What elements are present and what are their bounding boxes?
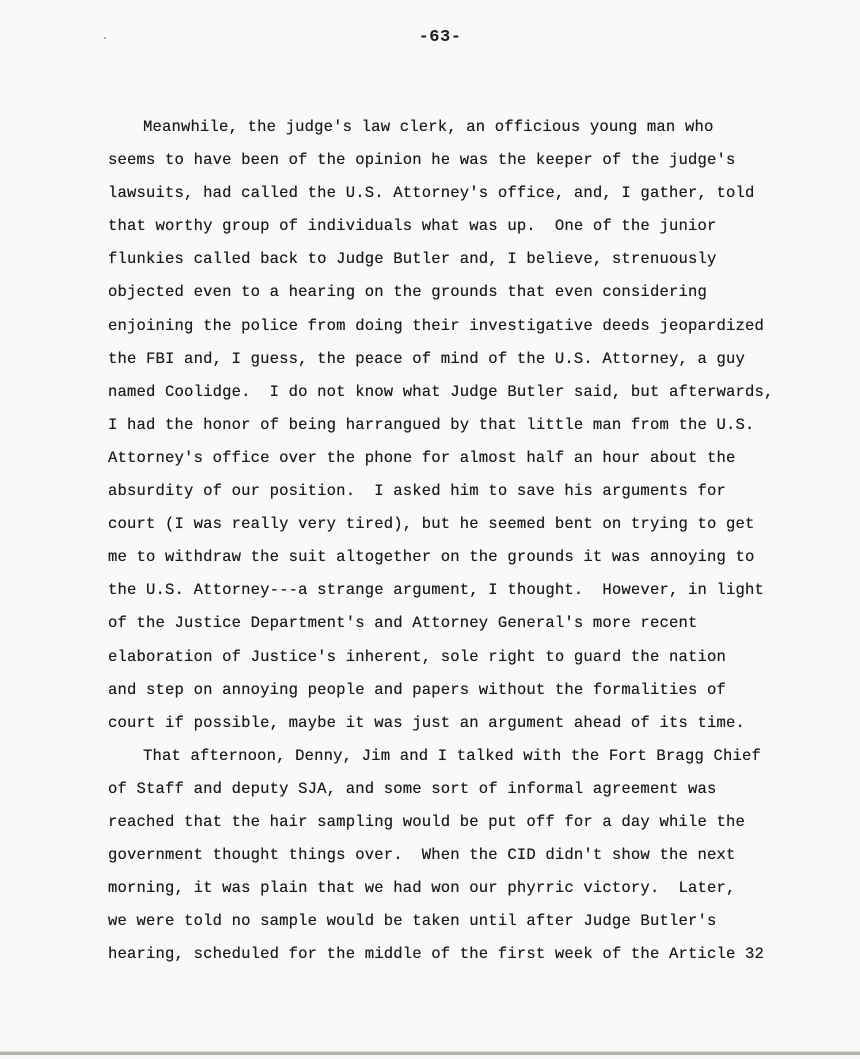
paragraph-1: Meanwhile, the judge's law clerk, an off… [108, 114, 828, 743]
scan-speck [104, 37, 106, 39]
text-line: Meanwhile, the judge's law clerk, an off… [108, 114, 828, 147]
text-line: government thought things over. When the… [108, 842, 828, 875]
text-line: and step on annoying people and papers w… [108, 677, 828, 710]
text-line: flunkies called back to Judge Butler and… [108, 246, 828, 279]
document-page: -63- Meanwhile, the judge's law clerk, a… [0, 0, 860, 1055]
text-line: seems to have been of the opinion he was… [108, 147, 828, 180]
text-line: of the Justice Department's and Attorney… [108, 610, 828, 643]
text-line: of Staff and deputy SJA, and some sort o… [108, 776, 828, 809]
text-line: court if possible, maybe it was just an … [108, 710, 828, 743]
text-line: the U.S. Attorney---a strange argument, … [108, 577, 828, 610]
text-line: hearing, scheduled for the middle of the… [108, 941, 828, 974]
page-bottom-edge [0, 1051, 860, 1055]
text-line: elaboration of Justice's inherent, sole … [108, 644, 828, 677]
paragraph-2: That afternoon, Denny, Jim and I talked … [108, 743, 828, 975]
text-line: reached that the hair sampling would be … [108, 809, 828, 842]
text-line: named Coolidge. I do not know what Judge… [108, 379, 828, 412]
text-line: I had the honor of being harrangued by t… [108, 412, 828, 445]
text-line: That afternoon, Denny, Jim and I talked … [108, 743, 828, 776]
text-line: we were told no sample would be taken un… [108, 908, 828, 941]
text-line: me to withdraw the suit altogether on th… [108, 544, 828, 577]
text-line: Attorney's office over the phone for alm… [108, 445, 828, 478]
text-line: morning, it was plain that we had won ou… [108, 875, 828, 908]
body-text: Meanwhile, the judge's law clerk, an off… [108, 114, 828, 974]
text-line: lawsuits, had called the U.S. Attorney's… [108, 180, 828, 213]
text-line: enjoining the police from doing their in… [108, 313, 828, 346]
page-number: -63- [0, 28, 860, 47]
text-line: that worthy group of individuals what wa… [108, 213, 828, 246]
text-line: objected even to a hearing on the ground… [108, 279, 828, 312]
text-line: court (I was really very tired), but he … [108, 511, 828, 544]
text-line: absurdity of our position. I asked him t… [108, 478, 828, 511]
text-line: the FBI and, I guess, the peace of mind … [108, 346, 828, 379]
